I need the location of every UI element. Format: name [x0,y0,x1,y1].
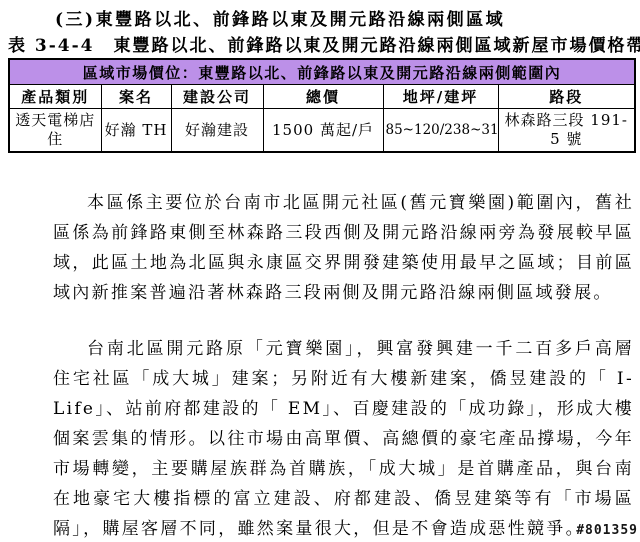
col-header-land-floor-area: 地坪/建坪 [383,85,498,109]
cell-project-name: 好瀚 TH [101,109,171,153]
cell-road-section: 林森路三段 191-5 號 [498,109,635,153]
cell-developer: 好瀚建設 [171,109,263,153]
col-header-project-name: 案名 [101,85,171,109]
table-row: 透天電梯店住 好瀚 TH 好瀚建設 1500 萬起/戶 85~120/238~3… [9,109,635,153]
col-header-developer: 建設公司 [171,85,263,109]
watermark: #801359 [576,523,638,538]
banner-row: 區域市場價位：東豐路以北、前鋒路以東及開元路沿線兩側範圍內 [9,59,635,85]
cell-product-type: 透天電梯店住 [9,109,101,153]
header-row: 產品類別 案名 建設公司 總價 地坪/建坪 路段 [9,85,635,109]
cell-total-price: 1500 萬起/戶 [263,109,383,153]
col-header-product-type: 產品類別 [9,85,101,109]
paragraph-market-analysis: 台南北區開元路原「元寶樂園」，興富發興建一千二百多戶高層住宅社區「成大城」建案；… [53,334,634,542]
section-heading: (三)東豐路以北、前鋒路以東及開元路沿線兩側區域 [55,10,634,30]
document-page: (三)東豐路以北、前鋒路以東及開元路沿線兩側區域 表 3-4-4 東豐路以北、前… [0,0,640,542]
col-header-total-price: 總價 [263,85,383,109]
paragraph-region-overview: 本區係主要位於台南市北區開元社區(舊元寶樂園)範圍內，舊社區係為前鋒路東側至林森… [53,188,634,308]
table-caption: 表 3-4-4 東豐路以北、前鋒路以東及開元路沿線兩側區域新屋市場價格帶 [8,36,634,56]
col-header-road-section: 路段 [498,85,635,109]
price-band-table: 區域市場價位：東豐路以北、前鋒路以東及開元路沿線兩側範圍內 產品類別 案名 建設… [8,58,636,153]
table-banner: 區域市場價位：東豐路以北、前鋒路以東及開元路沿線兩側範圍內 [9,59,635,85]
cell-land-floor-area: 85~120/238~318 [383,109,498,153]
